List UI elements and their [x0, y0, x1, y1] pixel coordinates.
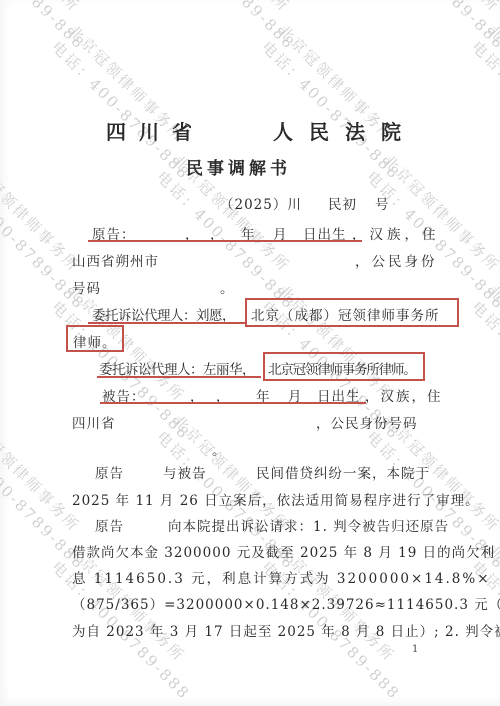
red-annotation-underline — [97, 376, 261, 378]
text-segment: ，汉族，住 — [352, 223, 440, 243]
text-segment: 号码 — [72, 277, 101, 297]
text-line: 原告与被告民间借贷纠纷一案，本院于 — [0, 462, 500, 481]
text-segment: 委托诉讼代理人：刘愿， — [92, 304, 235, 324]
text-segment: 委托诉讼代理人：左丽华， — [99, 358, 255, 378]
text-line: 2025 年 11 月 26 日立案后，依法适用简易程序进行了审理。 — [0, 489, 500, 508]
text-segment: 原告 — [95, 462, 124, 482]
scanned-court-document: 北京冠领律师事务所电话：400-8789-888北京冠领律师事务所电话：400-… — [0, 0, 500, 706]
text-segment: 与被告 — [163, 462, 207, 482]
text-segment: 为自 2023 年 3 月 17 日起至 2025 年 8 月 8 日止）; 2… — [72, 620, 500, 640]
case-number-type: 民初 — [328, 193, 357, 213]
case-number-suffix: 号 — [375, 193, 390, 213]
text-line: 原告向本院提出诉讼请求：1. 判令被告归还原告 — [0, 515, 500, 534]
page-number: 1 — [412, 644, 418, 655]
text-segment: ，公民身份 — [355, 250, 438, 270]
court-name: 人民法院 — [273, 116, 417, 145]
case-number-prefix: （2025）川 — [220, 193, 302, 213]
text-segment: 2025 年 11 月 26 日立案后，依法适用简易程序进行了审理。 — [72, 489, 480, 509]
text-line: 委托诉讼代理人：左丽华，北京冠领律师事务所律师。 — [0, 358, 500, 377]
text-segment: 借款尚欠本金 3200000 元及截至 2025 年 8 月 19 日的尚欠利 — [72, 541, 495, 561]
page-title: 民事调解书 — [186, 154, 291, 179]
text-line: 号码。 — [0, 277, 500, 296]
red-annotation-underline — [88, 240, 362, 242]
text-line: 四川省，公民身份号码 — [0, 412, 500, 431]
text-segment: 向本院提出诉讼请求：1. 判令被告归还原告 — [168, 515, 449, 535]
text-line: 为自 2023 年 3 月 17 日起至 2025 年 8 月 8 日止）; 2… — [0, 620, 500, 639]
text-segment: 。 — [212, 439, 227, 459]
red-annotation-box — [263, 352, 425, 381]
text-segment: （875/365）=3200000×0.148×2.39726≈1114650.… — [72, 593, 500, 613]
red-annotation-box — [245, 298, 459, 327]
red-annotation-underline — [100, 402, 366, 404]
red-annotation-box — [66, 325, 124, 352]
text-line: 山西省朔州市，公民身份 — [0, 250, 500, 269]
document-content: 四川省 人民法院 民事调解书 （2025）川 民初 号 原告：，，年月日出生，汉… — [0, 0, 500, 706]
court-province: 四川省 — [106, 116, 205, 145]
text-line: （875/365）=3200000×0.148×2.39726≈1114650.… — [0, 593, 500, 612]
text-line: 。 — [0, 439, 500, 458]
text-segment: 四川省 — [72, 412, 116, 432]
text-segment: ，公民身份号码 — [316, 412, 418, 432]
red-annotation-underline — [88, 322, 246, 324]
text-segment: 山西省朔州市 — [72, 250, 159, 270]
text-segment: 原告 — [95, 515, 124, 535]
text-line: 息 1114650.3 元，利息计算方式为 3200000×14.8%× — [0, 567, 500, 586]
text-line: 借款尚欠本金 3200000 元及截至 2025 年 8 月 19 日的尚欠利 — [0, 541, 500, 560]
text-segment: 息 1114650.3 元，利息计算方式为 3200000×14.8%× — [72, 567, 491, 587]
text-segment: 民间借贷纠纷一案，本院于 — [256, 462, 430, 482]
text-segment: 。 — [220, 277, 235, 297]
text-segment: ，汉族，住 — [365, 385, 443, 405]
